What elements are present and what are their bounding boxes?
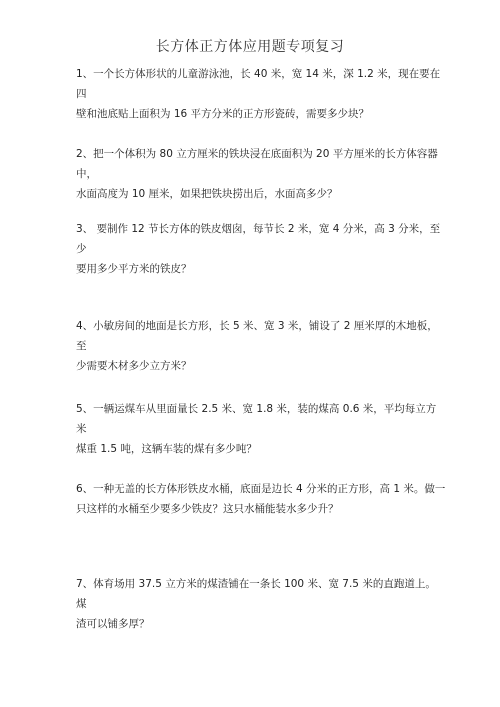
question-4-line-2: 少需要木材多少立方米？ bbox=[76, 356, 446, 376]
question-7-line-1: 7、体育场用 37.5 立方米的煤渣铺在一条长 100 米、宽 7.5 米的直跑… bbox=[76, 574, 446, 614]
question-6-line-1: 6、一种无盖的长方体形铁皮水桶，底面是边长 4 分米的正方形，高 1 米。做一 bbox=[76, 479, 446, 499]
question-6: 6、一种无盖的长方体形铁皮水桶，底面是边长 4 分米的正方形，高 1 米。做一 … bbox=[76, 479, 446, 519]
question-4: 4、小敏房间的地面是长方形，长 5 米、宽 3 米，铺设了 2 厘米厚的木地板，… bbox=[76, 316, 446, 376]
question-5-line-2: 煤重 1.5 吨，这辆车装的煤有多少吨？ bbox=[76, 439, 446, 459]
question-1-line-2: 壁和池底贴上面积为 16 平方分米的正方形瓷砖，需要多少块？ bbox=[76, 104, 446, 124]
question-7-line-2: 渣可以铺多厚？ bbox=[76, 614, 446, 634]
question-1-line-1: 1、一个长方体形状的儿童游泳池，长 40 米，宽 14 米，深 1.2 米，现在… bbox=[76, 64, 446, 104]
question-3: 3、 要制作 12 节长方体的铁皮烟囱，每节长 2 米，宽 4 分米，高 3 分… bbox=[76, 219, 446, 279]
question-5-line-1: 5、一辆运煤车从里面量长 2.5 米、宽 1.8 米，装的煤高 0.6 米，平均… bbox=[76, 399, 446, 439]
question-2-line-2: 水面高度为 10 厘米，如果把铁块捞出后，水面高多少？ bbox=[76, 184, 446, 204]
question-1: 1、一个长方体形状的儿童游泳池，长 40 米，宽 14 米，深 1.2 米，现在… bbox=[76, 64, 446, 124]
question-6-line-2: 只这样的水桶至少要多少铁皮？这只水桶能装水多少升？ bbox=[76, 499, 446, 519]
document-title: 长方体正方体应用题专项复习 bbox=[0, 36, 500, 56]
question-3-line-1: 3、 要制作 12 节长方体的铁皮烟囱，每节长 2 米，宽 4 分米，高 3 分… bbox=[76, 219, 446, 259]
question-2: 2、把一个体积为 80 立方厘米的铁块浸在底面积为 20 平方厘米的长方体容器中… bbox=[76, 144, 446, 204]
question-4-line-1: 4、小敏房间的地面是长方形，长 5 米、宽 3 米，铺设了 2 厘米厚的木地板，… bbox=[76, 316, 446, 356]
question-3-line-2: 要用多少平方米的铁皮？ bbox=[76, 259, 446, 279]
question-2-line-1: 2、把一个体积为 80 立方厘米的铁块浸在底面积为 20 平方厘米的长方体容器中… bbox=[76, 144, 446, 184]
question-7: 7、体育场用 37.5 立方米的煤渣铺在一条长 100 米、宽 7.5 米的直跑… bbox=[76, 574, 446, 634]
question-5: 5、一辆运煤车从里面量长 2.5 米、宽 1.8 米，装的煤高 0.6 米，平均… bbox=[76, 399, 446, 459]
